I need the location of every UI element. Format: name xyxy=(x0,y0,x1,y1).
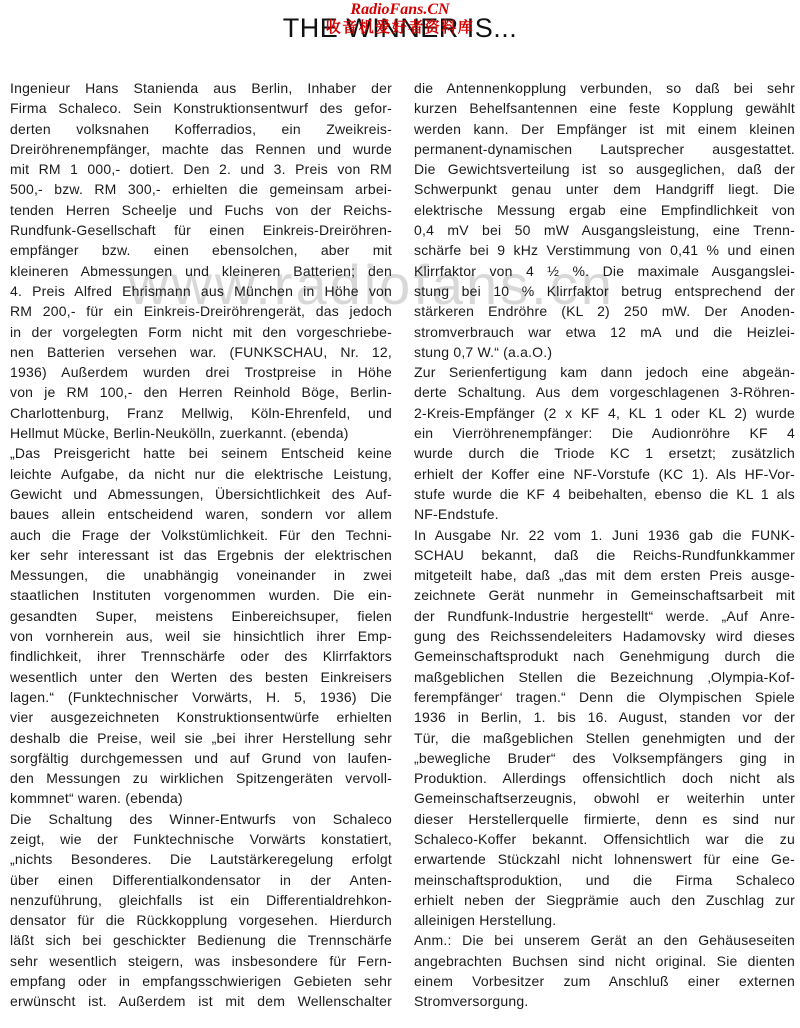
text-line: Stromversorgung. xyxy=(414,991,795,1011)
paragraph: In Ausgabe Nr. 22 vom 1. Juni 1936 gab d… xyxy=(414,525,795,931)
text-line: kurzen Behelfsantennen eine feste Kopplu… xyxy=(414,98,795,118)
text-line: nenzuführung, gleichfalls ist ein Differ… xyxy=(10,890,392,910)
text-line: angebrachten Buchsen sind nicht original… xyxy=(414,951,795,971)
text-line: vier ausgezeichneten Konstruktionsentwür… xyxy=(10,707,392,727)
text-line: Messungen, die unabhängig voneinander in… xyxy=(10,565,392,585)
text-line: staatlichen Instituten vorgenommen wurde… xyxy=(10,585,392,605)
text-line: stung bei 10 % Klirrfaktor betrug entspr… xyxy=(414,281,795,301)
text-line: permanent-dynamischen Lautsprecher ausge… xyxy=(414,139,795,159)
text-line: Die Gewichtsverteilung ist so ausgeglich… xyxy=(414,159,795,179)
text-line: „bewegliche Bruder“ des Volksempfängers … xyxy=(414,748,795,768)
text-line: meinschaftsproduktion, und die Firma Sch… xyxy=(414,870,795,890)
text-line: erwartende Stückzahl nicht lohnenswert f… xyxy=(414,849,795,869)
text-line: nen Batterien versehen war. (FUNKSCHAU, … xyxy=(10,342,392,362)
text-line: zeigt, wie der Funktechnische Vorwärts k… xyxy=(10,829,392,849)
text-line: 500,- bzw. RM 300,- erhielten die gemein… xyxy=(10,179,392,199)
text-line: Firma Schaleco. Sein Konstruktionsentwur… xyxy=(10,98,392,118)
paragraph: die Antennenkopplung verbunden, so daß b… xyxy=(414,78,795,362)
text-line: wesentlich unter den Werten des besten E… xyxy=(10,667,392,687)
text-line: einem Vorbesitzer zum Anschluß einer ext… xyxy=(414,971,795,991)
text-line: Tür, die maßgeblichen Stellen genehmigte… xyxy=(414,728,795,748)
text-line: Die Schaltung des Winner-Entwurfs von Sc… xyxy=(10,809,392,829)
text-line: Dreiröhrenempfänger, machte das Rennen u… xyxy=(10,139,392,159)
text-line: Rundfunk-Gesellschaft für einen Einkreis… xyxy=(10,220,392,240)
text-line: RM 200,- für ein Einkreis-Dreiröhrengerä… xyxy=(10,301,392,321)
text-line: Charlottenburg, Franz Mellwig, Köln-Ehre… xyxy=(10,403,392,423)
text-line: mit RM 1 000,- dotiert. Den 2. und 3. Pr… xyxy=(10,159,392,179)
text-line: den Messungen zu wirklichen Spitzengerät… xyxy=(10,768,392,788)
paragraph: „Das Preisgericht hatte bei seinem Entsc… xyxy=(10,443,392,808)
text-line: empfang oder in empfangsschwierigen Gebi… xyxy=(10,971,392,991)
text-line: deshalb die Preise, weil sie „bei ihrer … xyxy=(10,728,392,748)
text-line: Zur Serienfertigung kam dann jedoch eine… xyxy=(414,362,795,382)
text-line: auch die Frage der Volkstümlichkeit. Für… xyxy=(10,525,392,545)
text-line: lagen.“ (Funktechnischer Vorwärts, H. 5,… xyxy=(10,687,392,707)
text-line: maßgeblichen Stellen die Bezeichnung ‚Ol… xyxy=(414,667,795,687)
text-line: Gemeinschaftsprodukt nach Genehmigung du… xyxy=(414,646,795,666)
text-line: stärkeren Endröhre (KL 2) 250 mW. Der An… xyxy=(414,301,795,321)
text-line: kleineren Abmessungen und kleineren Batt… xyxy=(10,261,392,281)
text-line: In Ausgabe Nr. 22 vom 1. Juni 1936 gab d… xyxy=(414,525,795,545)
document-page: RadioFans.CN THE WINNER IS... 收音机爱好者资料库 … xyxy=(0,0,800,1028)
text-line: 1936 in Berlin, 1. bis 16. August, stand… xyxy=(414,707,795,727)
text-line: in der vorgelegten Form nicht mit den vo… xyxy=(10,322,392,342)
text-line: werden kann. Der Empfänger ist mit einem… xyxy=(414,119,795,139)
text-line: über einen Differentialkondensator in de… xyxy=(10,870,392,890)
text-line: Produktion. Allerdings offensichtlich do… xyxy=(414,768,795,788)
text-line: gung des Reichssendeleiters Hadamovsky w… xyxy=(414,626,795,646)
text-line: Schwerpunkt genau unter dem Handgriff li… xyxy=(414,179,795,199)
text-line: ferempfänger‘ tragen.“ Denn die Olympisc… xyxy=(414,687,795,707)
text-line: erhielt der Koffer eine NF-Vorstufe (KC … xyxy=(414,464,795,484)
text-line: NF-Endstufe. xyxy=(414,504,795,524)
text-line: mitgeteilt habe, daß „das mit dem ersten… xyxy=(414,565,795,585)
text-line: densator für die Rückkopplung vorgesehen… xyxy=(10,910,392,930)
text-line: ker sehr interessant ist das Ergebnis de… xyxy=(10,545,392,565)
text-line: 0,4 mV bei 50 mW Ausgangsleistung, eine … xyxy=(414,220,795,240)
text-line: empfänger bzw. einen ebensolchen, aber m… xyxy=(10,240,392,260)
text-line: zeichnete Gerät nunmehr in Gemeinschafts… xyxy=(414,585,795,605)
text-line: Schaleco-Koffer bekannt. Offensichtlich … xyxy=(414,829,795,849)
paragraph: Zur Serienfertigung kam dann jedoch eine… xyxy=(414,362,795,524)
text-line: Anm.: Die bei unserem Gerät an den Gehäu… xyxy=(414,930,795,950)
text-line: läßt sich bei geschickter Bedienung die … xyxy=(10,930,392,950)
text-line: elektrische Messung ergab eine Empfindli… xyxy=(414,200,795,220)
text-line: derten volksnahen Kofferradios, ein Zwei… xyxy=(10,119,392,139)
text-line: 4. Preis Alfred Ehrismann aus München in… xyxy=(10,281,392,301)
text-line: „Das Preisgericht hatte bei seinem Entsc… xyxy=(10,443,392,463)
text-line: findlichkeit, ihrer Trennschärfe oder de… xyxy=(10,646,392,666)
text-line: wurde durch die Triode KC 1 ersetzt; zus… xyxy=(414,443,795,463)
text-line: sorgfältig durchgemessen und auf Grund v… xyxy=(10,748,392,768)
text-line: „nichts Besonderes. Die Lautstärkeregelu… xyxy=(10,849,392,869)
text-line: dieser Herstellerquelle firmierte, denn … xyxy=(414,809,795,829)
text-line: baues allein entscheidend waren, sondern… xyxy=(10,504,392,524)
radiofans-brand-watermark: RadioFans.CN xyxy=(0,1,800,19)
article-column-left: Ingenieur Hans Stanienda aus Berlin, Inh… xyxy=(10,78,392,1012)
text-line: ein Vierröhrenempfänger: Die Audionröhre… xyxy=(414,423,795,443)
text-line: Klirrfaktor von 4 ½ %. Die maximale Ausg… xyxy=(414,261,795,281)
text-line: erwünscht ist. Außerdem ist mit dem Well… xyxy=(10,991,392,1011)
text-line: Gemeinschaftserzeugnis, obwohl er weiter… xyxy=(414,788,795,808)
text-line: 2-Kreis-Empfänger (2 x KF 4, KL 1 oder K… xyxy=(414,403,795,423)
text-line: alleinigen Herstellung. xyxy=(414,910,795,930)
text-line: von je RM 100,- den Herren Reinhold Böge… xyxy=(10,382,392,402)
paragraph: Anm.: Die bei unserem Gerät an den Gehäu… xyxy=(414,930,795,1011)
text-line: kommnet“ waren. (ebenda) xyxy=(10,788,392,808)
text-line: die Antennenkopplung verbunden, so daß b… xyxy=(414,78,795,98)
text-line: SCHAU bekannt, daß die Reichs-Rundfunkka… xyxy=(414,545,795,565)
text-line: tenden Herren Scheelje und Fuchs von der… xyxy=(10,200,392,220)
text-line: sehr wesentlich steigern, was insbesonde… xyxy=(10,951,392,971)
text-line: 1936) Außerdem wurden drei Trostpreise i… xyxy=(10,362,392,382)
text-line: von vornherein aus, weil sie hinsichtlic… xyxy=(10,626,392,646)
text-line: derte Schaltung. Aus dem vorgeschlagenen… xyxy=(414,382,795,402)
paragraph: Ingenieur Hans Stanienda aus Berlin, Inh… xyxy=(10,78,392,443)
text-line: stromverbrauch war etwa 12 mA und die He… xyxy=(414,322,795,342)
text-line: stung 0,7 W.“ (a.a.O.) xyxy=(414,342,795,362)
text-line: Ingenieur Hans Stanienda aus Berlin, Inh… xyxy=(10,78,392,98)
text-line: Gewicht und Abmessungen, Übersichtlichke… xyxy=(10,484,392,504)
paragraph: Die Schaltung des Winner-Entwurfs von Sc… xyxy=(10,809,392,1012)
text-line: Hellmut Mücke, Berlin-Neukölln, zuerkann… xyxy=(10,423,392,443)
text-line: leichte Aufgabe, da nicht nur die elektr… xyxy=(10,464,392,484)
article-column-right: die Antennenkopplung verbunden, so daß b… xyxy=(414,78,795,1012)
text-line: schärfe bei 9 kHz Verstimmung von 0,41 %… xyxy=(414,240,795,260)
text-line: stufe wurde die KF 4 beibehalten, ebenso… xyxy=(414,484,795,504)
text-line: der Rundfunk-Industrie hergestellt“ werd… xyxy=(414,606,795,626)
text-line: erhielt neben der Siegprämie auch den Zu… xyxy=(414,890,795,910)
radiofans-tagline-watermark: 收音机爱好者资料库 xyxy=(0,16,800,37)
text-line: gesandten Super, meistens Einbereichsupe… xyxy=(10,606,392,626)
